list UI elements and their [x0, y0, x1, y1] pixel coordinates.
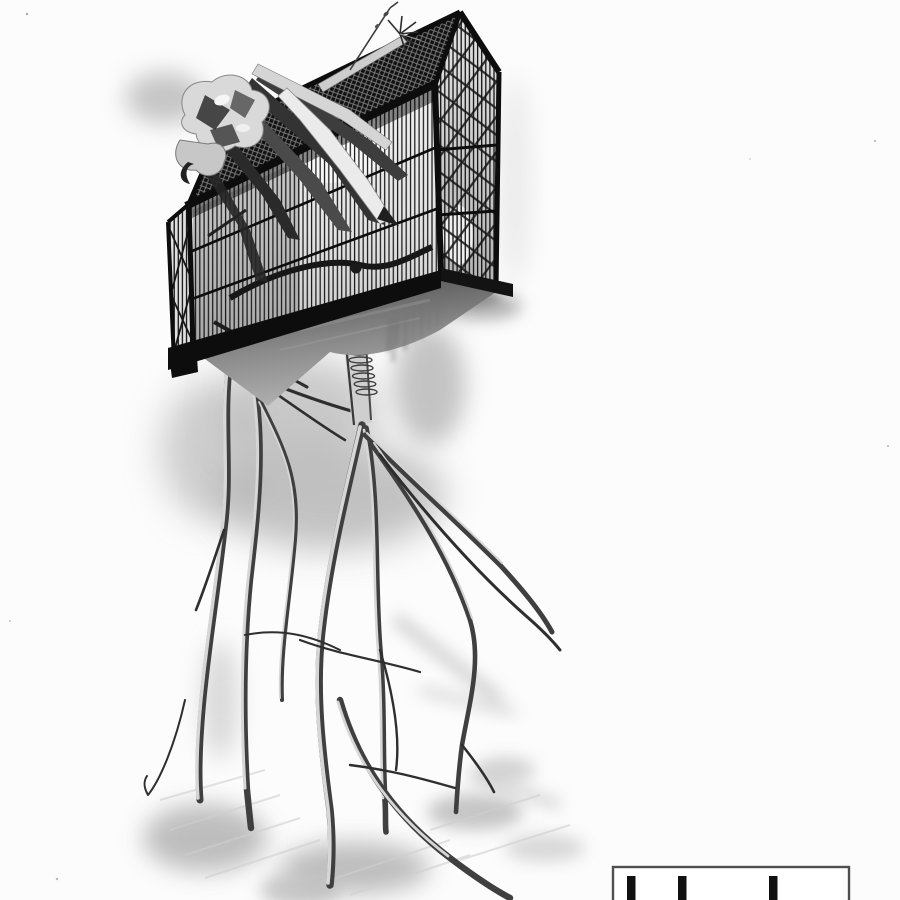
gallery-logo-box [613, 867, 849, 900]
photo-canvas [0, 0, 900, 900]
letter-ascender [769, 876, 778, 900]
letter-ascender [678, 876, 687, 900]
artwork-photo [0, 0, 900, 900]
letter-ascender [627, 876, 636, 900]
